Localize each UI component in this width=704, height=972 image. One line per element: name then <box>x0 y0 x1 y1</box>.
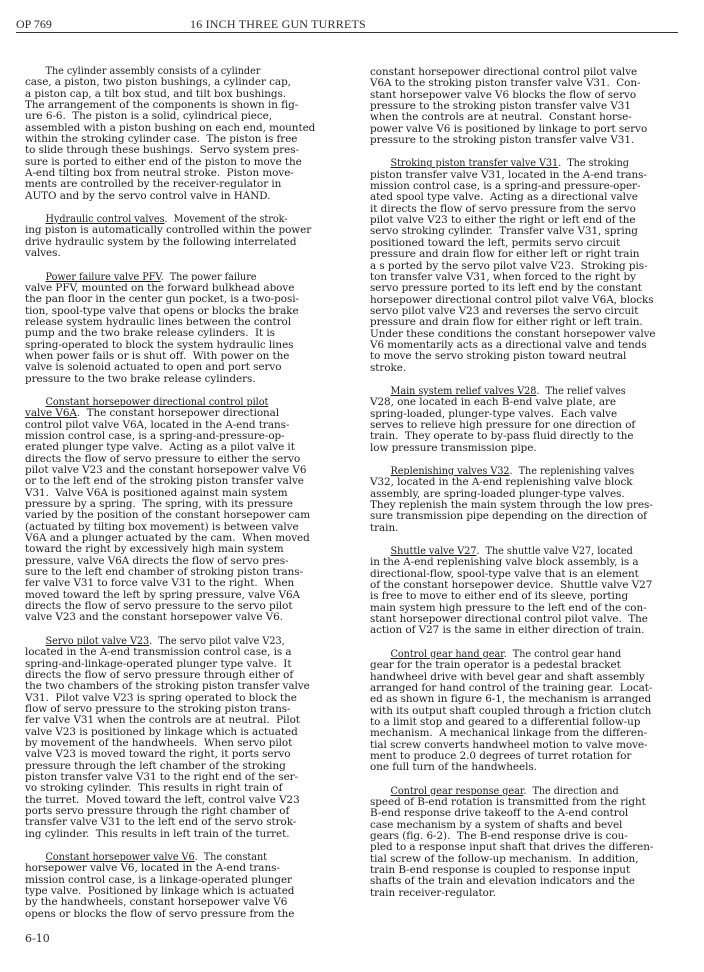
section-heading: Main system relief valves V28 <box>391 385 537 397</box>
text-line: pressure and drain flow for either left … <box>370 249 695 260</box>
text-line: . The servo pilot valve V23, <box>149 635 284 647</box>
text-line: the pan floor in the center gun pocket, … <box>25 294 355 305</box>
text-line: V28, one located in each B-end valve pla… <box>370 397 695 408</box>
section-heading: Servo pilot valve V23 <box>46 635 150 647</box>
document-title: 16 INCH THREE GUN TURRETS <box>190 17 366 32</box>
right-column: constant horsepower directional control … <box>370 67 695 911</box>
text-line: vo stroking cylinder. This results in ri… <box>25 783 355 794</box>
text-line: horsepower valve V6, located in the A-en… <box>25 863 355 874</box>
section-paragraph: Shuttle valve V27. The shuttle valve V27… <box>370 546 695 637</box>
section-heading: Control gear hand gear <box>391 648 504 660</box>
section-heading: Control gear response gear <box>391 785 524 797</box>
text-line: mechanism. A mechanical linkage from the… <box>370 728 695 739</box>
running-header: OP 769 16 INCH THREE GUN TURRETS <box>16 12 680 32</box>
text-line: pressure to the two brake release cylind… <box>25 374 355 385</box>
text-line: shafts of the train and elevation indica… <box>370 876 695 887</box>
text-line: B-end response drive takeoff to the A-en… <box>370 808 695 819</box>
section-paragraph: Constant horsepower valve V6. The consta… <box>25 852 355 920</box>
text-line: pressure and drain flow for either right… <box>370 317 695 328</box>
text-line: valve is solenoid actuated to open and p… <box>25 362 355 373</box>
text-line: . The replenishing valves <box>510 465 635 477</box>
section-paragraph: Control gear hand gear. The control gear… <box>370 649 695 774</box>
text-line: transfer valve V31 to the left end of th… <box>25 817 355 828</box>
text-line: valves. <box>25 248 355 259</box>
text-line: located in the A-end transmission contro… <box>25 647 355 658</box>
text-line: . Movement of the strok- <box>165 213 288 225</box>
text-line: to move the servo stroking piston toward… <box>370 351 695 362</box>
section-paragraph: Main system relief valves V28. The relie… <box>370 386 695 454</box>
section-heading: Hydraulic control valves <box>46 213 165 225</box>
text-line: V6A to the stroking piston transfer valv… <box>370 78 695 89</box>
section-heading: Replenishing valves V32 <box>391 465 510 477</box>
text-line: the two chambers of the stroking piston … <box>25 681 355 692</box>
section-heading: Power failure valve PFV <box>46 271 161 283</box>
text-line: case, a piston, two piston bushings, a c… <box>25 77 355 88</box>
text-line: . The shuttle valve V27, located <box>476 545 632 557</box>
section-paragraph: Control gear response gear. The directio… <box>370 786 695 899</box>
text-line: action of V27 is the same in either dire… <box>370 625 695 636</box>
text-line: drive hydraulic system by the following … <box>25 237 355 248</box>
text-line: valve V23 is moved toward the right, it … <box>25 749 355 760</box>
text-line: opens or blocks the flow of servo pressu… <box>25 909 355 920</box>
text-line: train. <box>370 523 695 534</box>
section-paragraph: Replenishing valves V32. The replenishin… <box>370 466 695 534</box>
text-line: train. They operate to by-pass fluid dir… <box>370 431 695 442</box>
text-line: The cylinder assembly consists of a cyli… <box>25 66 333 77</box>
text-line: or to the left end of the stroking pisto… <box>25 476 355 487</box>
text-line: . The relief valves <box>536 385 625 397</box>
text-line: train receiver-regulator. <box>370 888 695 899</box>
text-line: one full turn of the handwheels. <box>370 762 695 773</box>
text-line: . The constant horsepower directional <box>77 407 279 419</box>
section-heading: Stroking piston transfer valve V31 <box>391 157 559 169</box>
text-line: . The direction and <box>523 785 618 797</box>
text-line: fer valve V31 when the controls are at n… <box>25 715 355 726</box>
section-heading: Shuttle valve V27 <box>391 545 477 557</box>
page-number: 6-10 <box>25 932 50 945</box>
section-paragraph: Servo pilot valve V23. The servo pilot v… <box>25 636 355 840</box>
text-line: . The stroking <box>558 157 629 169</box>
text-line: pump and the two brake release cylinders… <box>25 328 355 339</box>
text-line: pled to a response input shaft that driv… <box>370 842 695 853</box>
section-paragraph: Constant horsepower directional control … <box>25 397 355 624</box>
text-line: gear for the train operator is a pedesta… <box>370 660 695 671</box>
text-line: erated plunger type valve. Acting as a p… <box>25 442 355 453</box>
text-line: ing cylinder. This results in left train… <box>25 829 355 840</box>
section-paragraph: Power failure valve PFV. The power failu… <box>25 272 355 385</box>
left-column: The cylinder assembly consists of a cyli… <box>25 66 355 932</box>
section-paragraph: Stroking piston transfer valve V31. The … <box>370 158 695 374</box>
body-paragraph: constant horsepower directional control … <box>370 67 695 146</box>
text-line: . The constant <box>195 851 267 863</box>
text-line: sure transmission pipe depending on the … <box>370 511 695 522</box>
section-heading-cont: valve V6A <box>25 407 77 419</box>
section-heading: Constant horsepower directional control … <box>46 396 269 408</box>
text-line: ed as shown in figure 6-1, the mechanism… <box>370 694 695 705</box>
header-divider <box>16 32 678 33</box>
body-paragraph: The cylinder assembly consists of a cyli… <box>25 66 355 202</box>
text-line: AUTO and by the servo control valve in H… <box>25 191 355 202</box>
text-line: pressure to the stroking piston transfer… <box>370 135 695 146</box>
text-line: valve V23 and the constant horsepower va… <box>25 612 355 623</box>
section-heading: Constant horsepower valve V6 <box>46 851 195 863</box>
text-line: servo pressure ported to its left end by… <box>370 283 695 294</box>
text-line: low pressure transmission pipe. <box>370 443 695 454</box>
document-id: OP 769 <box>16 17 52 32</box>
section-paragraph: Hydraulic control valves. Movement of th… <box>25 214 355 259</box>
text-line: . The power failure <box>161 271 257 283</box>
text-line: . The control gear hand <box>504 648 622 660</box>
text-line: V32, located in the A-end replenishing v… <box>370 477 695 488</box>
text-line: stroke. <box>370 363 695 374</box>
